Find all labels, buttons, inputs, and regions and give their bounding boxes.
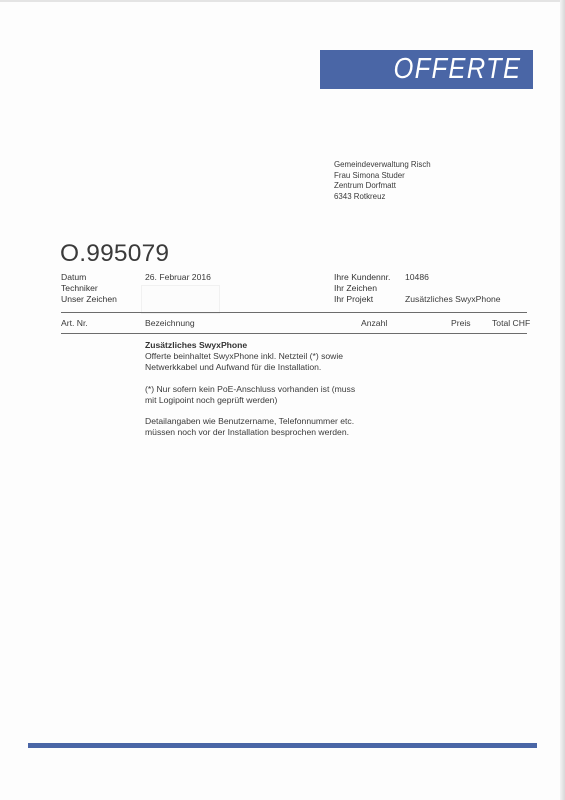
document-title-banner: OFFERTE: [320, 50, 533, 89]
footer-accent-bar: [28, 743, 537, 748]
table-header-bottom-rule: [61, 333, 527, 334]
redacted-area: [141, 285, 220, 314]
position-line: müssen noch vor der Installation besproc…: [145, 427, 349, 437]
position-paragraph: Detailangaben wie Benutzername, Telefonn…: [145, 416, 365, 438]
meta-left-labels: Datum Techniker Unser Zeichen: [61, 272, 117, 304]
position-line: Detailangaben wie Benutzername, Telefonn…: [145, 416, 354, 426]
recipient-line: 6343 Rotkreuz: [334, 191, 431, 202]
scan-edge-right: [560, 0, 565, 800]
meta-label-ihr-projekt: Ihr Projekt: [334, 294, 390, 305]
meta-value-ihr-zeichen: [405, 283, 501, 294]
position-paragraph: (*) Nur sofern kein PoE-Anschluss vorhan…: [145, 384, 365, 406]
position-line: (*) Nur sofern kein PoE-Anschluss vorhan…: [145, 384, 355, 394]
meta-label-datum: Datum: [61, 272, 117, 283]
position-line: Offerte beinhaltet SwyxPhone inkl. Netzt…: [145, 351, 343, 361]
meta-right-values: 10486 Zusätzliches SwyxPhone: [405, 272, 501, 304]
position-line: Netwerkkabel und Aufwand für die Install…: [145, 362, 321, 372]
meta-value-ihr-projekt: Zusätzliches SwyxPhone: [405, 294, 501, 305]
scan-edge-top: [0, 0, 565, 2]
column-header-bezeichnung: Bezeichnung: [145, 318, 195, 328]
meta-label-kundennr: Ihre Kundennr.: [334, 272, 390, 283]
document-title: OFFERTE: [393, 53, 521, 86]
column-header-anzahl: Anzahl: [361, 318, 387, 328]
offer-number: O.995079: [60, 240, 169, 268]
table-header-top-rule: [61, 312, 527, 313]
meta-right-labels: Ihre Kundennr. Ihr Zeichen Ihr Projekt: [334, 272, 390, 304]
position-line: mit Logipoint noch geprüft werden): [145, 395, 277, 405]
position-description: Zusätzliches SwyxPhone Offerte beinhalte…: [145, 340, 365, 438]
meta-label-unser-zeichen: Unser Zeichen: [61, 294, 117, 305]
position-title: Zusätzliches SwyxPhone: [145, 340, 365, 351]
recipient-address: Gemeindeverwaltung Risch Frau Simona Stu…: [334, 159, 439, 202]
column-header-total-chf: Total CHF: [492, 318, 530, 328]
meta-label-techniker: Techniker: [61, 283, 117, 294]
recipient-line: Gemeindeverwaltung Risch: [334, 159, 431, 170]
meta-value-datum: 26. Februar 2016: [145, 272, 211, 283]
position-paragraph: Offerte beinhaltet SwyxPhone inkl. Netzt…: [145, 351, 365, 373]
meta-label-ihr-zeichen: Ihr Zeichen: [334, 283, 390, 294]
recipient-line: Zentrum Dorfmatt: [334, 180, 431, 191]
column-header-preis: Preis: [451, 318, 471, 328]
meta-value-kundennr: 10486: [405, 272, 501, 283]
column-header-art-nr: Art. Nr.: [61, 318, 88, 328]
recipient-line: Frau Simona Studer: [334, 170, 431, 181]
